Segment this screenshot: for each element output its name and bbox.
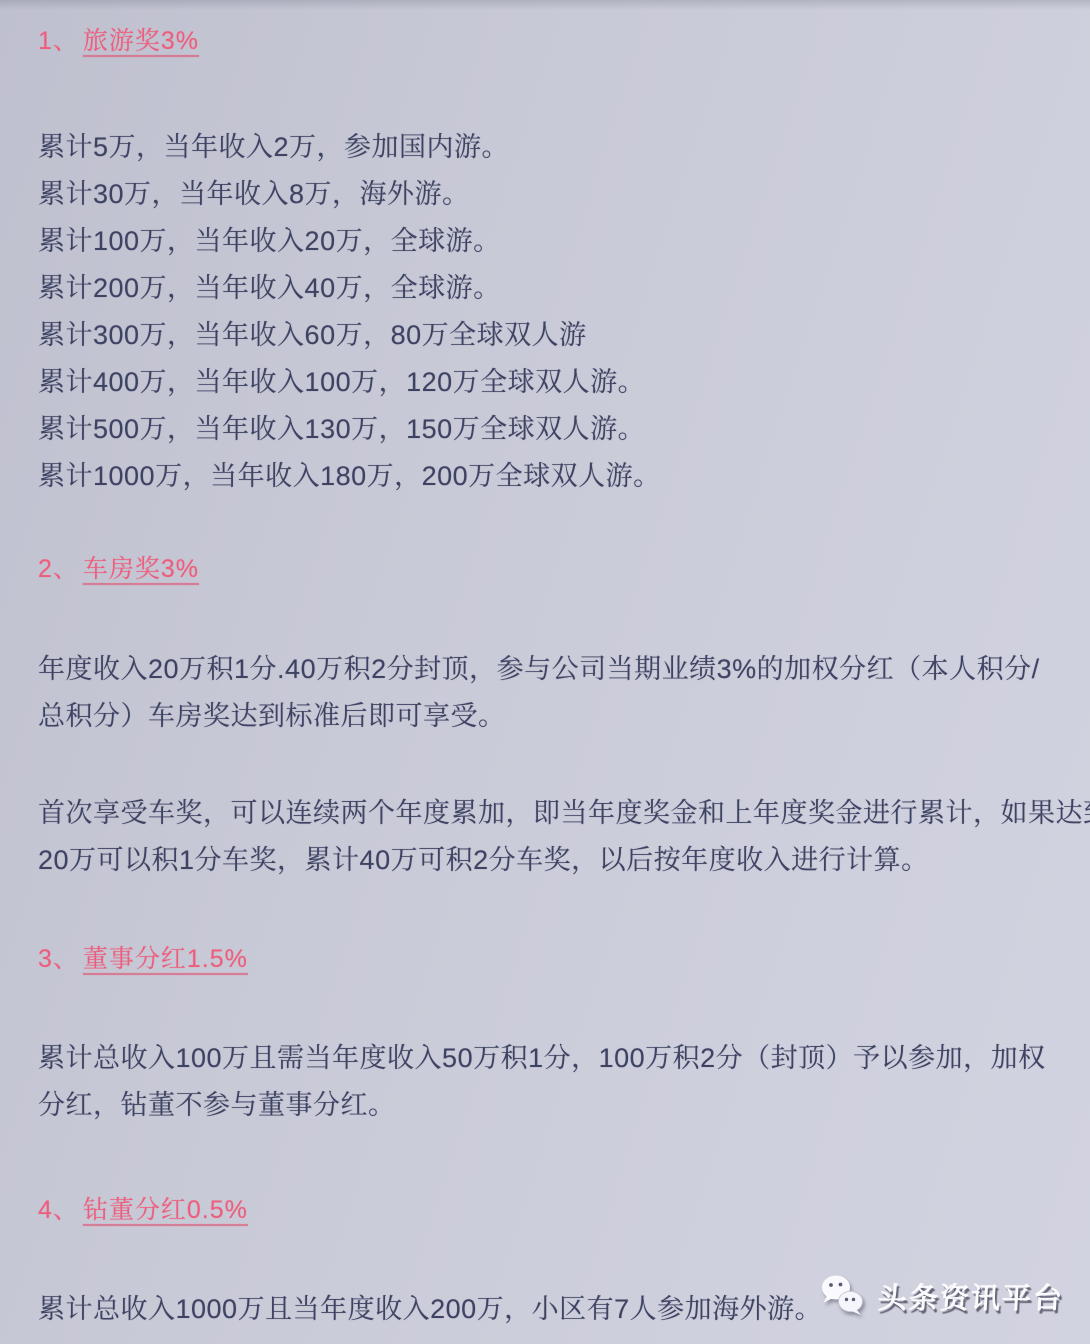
paragraph-line: 首次享受车奖，可以连续两个年度累加，即当年度奖金和上年度奖金进行累计，如果达到 <box>38 790 1053 837</box>
section-4-heading: 4、钻董分红0.5% <box>38 1195 1053 1225</box>
section-2-heading: 2、车房奖3% <box>38 554 1053 584</box>
section-4-title: 钻董分红0.5% <box>83 1196 248 1224</box>
section-1-title: 旅游奖3% <box>83 27 199 55</box>
section-3-heading: 3、董事分红1.5% <box>38 944 1053 974</box>
list-item: 累计200万，当年收入40万，全球游。 <box>38 265 1053 312</box>
list-item: 累计1000万，当年收入180万，200万全球双人游。 <box>38 453 1053 500</box>
list-item: 累计500万，当年收入130万，150万全球双人游。 <box>38 406 1053 453</box>
section-4-number: 4、 <box>38 1196 79 1224</box>
car-house-award-paragraph-2: 首次享受车奖，可以连续两个年度累加，即当年度奖金和上年度奖金进行累计，如果达到 … <box>38 790 1053 884</box>
director-dividend-paragraph: 累计总收入100万且需当年度收入50万积1分，100万积2分（封顶）予以参加，加… <box>38 1035 1053 1129</box>
document-page: 1、旅游奖3% 累计5万，当年收入2万，参加国内游。 累计30万，当年收入8万，… <box>0 0 1090 1344</box>
section-3-title: 董事分红1.5% <box>83 945 248 973</box>
section-2-number: 2、 <box>38 555 79 583</box>
travel-award-list: 累计5万，当年收入2万，参加国内游。 累计30万，当年收入8万，海外游。 累计1… <box>38 124 1053 500</box>
section-1-heading: 1、旅游奖3% <box>38 26 1053 56</box>
section-2-title: 车房奖3% <box>83 555 199 583</box>
chat-bubbles-icon <box>820 1274 866 1318</box>
paragraph-line: 20万可以积1分车奖，累计40万可积2分车奖，以后按年度收入进行计算。 <box>38 837 1053 884</box>
watermark: 头条资讯平台 <box>820 1274 1064 1318</box>
section-3-number: 3、 <box>38 945 79 973</box>
list-item: 累计5万，当年收入2万，参加国内游。 <box>38 124 1053 171</box>
document-content: 1、旅游奖3% 累计5万，当年收入2万，参加国内游。 累计30万，当年收入8万，… <box>38 0 1053 1333</box>
list-item: 累计100万，当年收入20万，全球游。 <box>38 218 1053 265</box>
paragraph-line: 总积分）车房奖达到标准后即可享受。 <box>38 693 1053 740</box>
list-item: 累计30万，当年收入8万，海外游。 <box>38 171 1053 218</box>
paragraph-line: 累计总收入100万且需当年度收入50万积1分，100万积2分（封顶）予以参加，加… <box>38 1035 1053 1082</box>
car-house-award-paragraph-1: 年度收入20万积1分.40万积2分封顶，参与公司当期业绩3%的加权分红（本人积分… <box>38 646 1053 740</box>
list-item: 累计300万，当年收入60万，80万全球双人游 <box>38 312 1053 359</box>
paragraph-line: 分红，钻董不参与董事分红。 <box>38 1082 1053 1129</box>
watermark-text: 头条资讯平台 <box>877 1276 1065 1317</box>
list-item: 累计400万，当年收入100万，120万全球双人游。 <box>38 359 1053 406</box>
paragraph-line: 年度收入20万积1分.40万积2分封顶，参与公司当期业绩3%的加权分红（本人积分… <box>38 646 1053 693</box>
section-1-number: 1、 <box>38 27 79 55</box>
